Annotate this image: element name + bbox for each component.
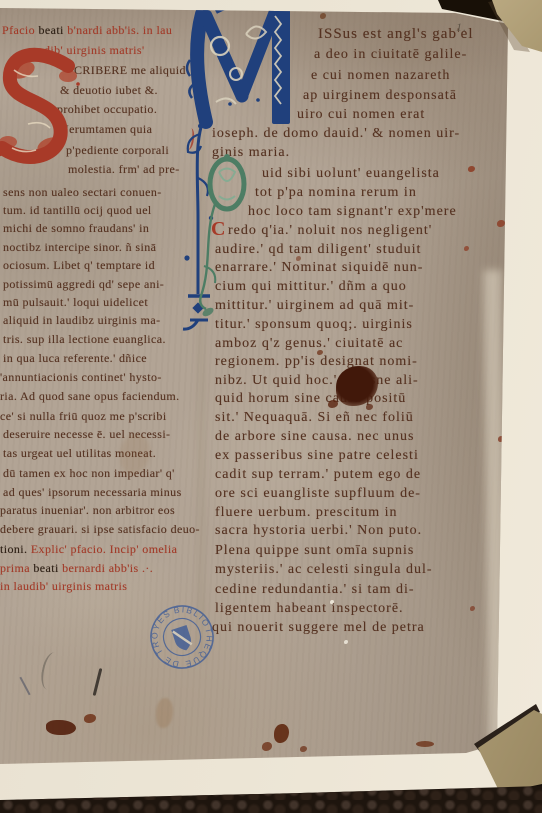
- text-segment: de arbore sine causa. nec unus: [215, 429, 414, 444]
- stain-mark: [46, 720, 76, 735]
- initial-c: C: [211, 218, 225, 241]
- text-segment: cadit sup terram.' putem ego de: [215, 467, 421, 482]
- initial-s: [0, 44, 92, 176]
- text-segment: regionem. pp'is designat nomi-: [215, 354, 418, 369]
- text-segment: ligentem habeant inspectorē.: [215, 601, 404, 616]
- manuscript-text-line: hoc loco tam signant'r exp'mere: [248, 205, 457, 219]
- manuscript-text-line: ore sci euangliste supfluum de-: [215, 487, 421, 501]
- manuscript-photograph: Pfacio beati b'nardi abb'is. in laudib' …: [0, 0, 542, 813]
- text-segment: a deo in ciuitatē galile-: [314, 47, 467, 62]
- binding-edge-bottom: [0, 786, 542, 813]
- text-segment: ap uirginem desponsatā: [303, 88, 457, 103]
- manuscript-text-line: ap uirginem desponsatā: [303, 89, 457, 103]
- stain-mark: [522, 610, 528, 615]
- text-segment: qui nouerit suggere mel de petra: [212, 620, 425, 635]
- text-segment: hoc loco tam signant'r exp'mere: [248, 204, 457, 219]
- manuscript-text-line: de arbore sine causa. nec unus: [215, 430, 414, 444]
- manuscript-text-line: nibz. Ut quid hoc.' putasne ali-: [215, 374, 419, 388]
- text-segment: Plena quippe sunt omīa supnis: [215, 543, 414, 558]
- parchment-page: Pfacio beati b'nardi abb'is. in laudib' …: [0, 0, 542, 813]
- manuscript-text-line: uiro cui nomen erat: [297, 108, 425, 122]
- library-stamp: BIBLIOTHÈQUE DE TROYES: [140, 595, 224, 679]
- stain-mark: [416, 741, 434, 747]
- manuscript-text-line: sacra hystoria uerbi.' Non puto.: [215, 524, 422, 538]
- stamp-shield-icon: [171, 625, 194, 653]
- stain-mark: [521, 385, 526, 390]
- manuscript-text-line: sit.' Nequaquā. Si eñ nec foliū: [215, 411, 414, 425]
- manuscript-text-line: ligentem habeant inspectorē.: [215, 602, 404, 616]
- text-segment: nibz. Ut quid hoc.' putasne ali-: [215, 373, 419, 388]
- manuscript-text-line: a deo in ciuitatē galile-: [314, 48, 467, 62]
- text-segment: ISSus est angl's gab'el: [318, 26, 473, 42]
- initial-m: [186, 4, 298, 130]
- manuscript-text-line: mysteriis.' ac celesti singula dul-: [215, 563, 433, 577]
- initial-q: [194, 146, 260, 346]
- stain-mark: [498, 436, 504, 442]
- manuscript-text-line: fluere uerbum. prescitum in: [215, 506, 398, 520]
- text-segment: e cui nomen nazareth: [311, 68, 450, 83]
- manuscript-text-line: Plena quippe sunt omīa supnis: [215, 544, 414, 558]
- stain-mark: [238, 1, 245, 7]
- text-segment: uid sibi uolunt' euangelista: [262, 166, 440, 181]
- text-segment: mysteriis.' ac celesti singula dul-: [215, 562, 433, 577]
- manuscript-text-line: uid sibi uolunt' euangelista: [262, 167, 440, 181]
- text-segment: tot p'pa nomina rerum in: [255, 185, 417, 200]
- manuscript-text-line: ex passeribus sine patre celesti: [215, 449, 419, 463]
- stain-mark: [518, 340, 524, 346]
- manuscript-text-line: tot p'pa nomina rerum in: [255, 186, 417, 200]
- text-segment: ex passeribus sine patre celesti: [215, 448, 419, 463]
- manuscript-text-line: e cui nomen nazareth: [311, 69, 450, 83]
- text-segment: ore sci euangliste supfluum de-: [215, 486, 421, 501]
- text-segment: quid horum sine causa positū: [215, 391, 406, 406]
- folio-number: 1.: [456, 20, 467, 35]
- manuscript-text-line: cadit sup terram.' putem ego de: [215, 468, 421, 482]
- manuscript-text-line: regionem. pp'is designat nomi-: [215, 355, 418, 369]
- manuscript-text-line: ISSus est angl's gab'el: [318, 27, 473, 42]
- text-segment: sacra hystoria uerbi.' Non puto.: [215, 523, 422, 538]
- manuscript-text-line: qui nouerit suggere mel de petra: [212, 621, 425, 635]
- text-segment: fluere uerbum. prescitum in: [215, 505, 398, 520]
- text-segment: sit.' Nequaquā. Si eñ nec foliū: [215, 410, 414, 425]
- manuscript-text-line: cedine redundantia.' si tam di-: [215, 583, 415, 597]
- stain-mark: [515, 552, 520, 557]
- text-segment: uiro cui nomen erat: [297, 107, 425, 122]
- manuscript-text-line: quid horum sine causa positū: [215, 392, 406, 406]
- text-segment: cedine redundantia.' si tam di-: [215, 582, 415, 597]
